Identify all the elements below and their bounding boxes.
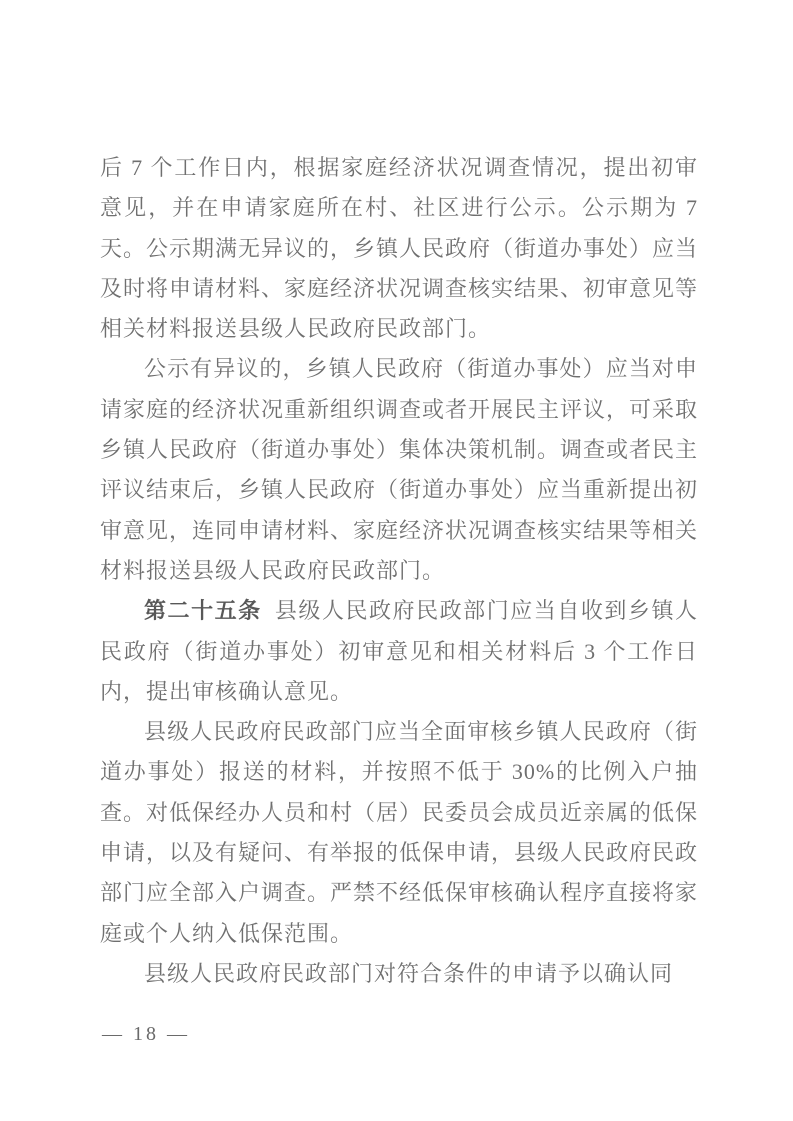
paragraph-text: 公示有异议的，乡镇人民政府（街道办事处）应当对申请家庭的经济状况重新组织调查或者… (100, 356, 698, 582)
paragraph: 县级人民政府民政部门对符合条件的申请予以确认同 (100, 954, 698, 994)
paragraph-text: 后 7 个工作日内，根据家庭经济状况调查情况，提出初审意见，并在申请家庭所在村、… (100, 155, 698, 341)
page-number: — 18 — (102, 1022, 190, 1046)
paragraph: 后 7 个工作日内，根据家庭经济状况调查情况，提出初审意见，并在申请家庭所在村、… (100, 148, 698, 349)
document-body: 后 7 个工作日内，根据家庭经济状况调查情况，提出初审意见，并在申请家庭所在村、… (100, 148, 698, 994)
paragraph: 公示有异议的，乡镇人民政府（街道办事处）应当对申请家庭的经济状况重新组织调查或者… (100, 349, 698, 591)
paragraph-text: 县级人民政府民政部门应当全面审核乡镇人民政府（街道办事处）报送的材料，并按照不低… (100, 719, 698, 945)
document-page: 后 7 个工作日内，根据家庭经济状况调查情况，提出初审意见，并在申请家庭所在村、… (0, 0, 793, 1121)
paragraph-text: 县级人民政府民政部门对符合条件的申请予以确认同 (144, 961, 673, 986)
article-number-heading: 第二十五条 (144, 598, 262, 623)
paragraph: 第二十五条县级人民政府民政部门应当自收到乡镇人民政府（街道办事处）初审意见和相关… (100, 591, 698, 712)
paragraph: 县级人民政府民政部门应当全面审核乡镇人民政府（街道办事处）报送的材料，并按照不低… (100, 712, 698, 954)
